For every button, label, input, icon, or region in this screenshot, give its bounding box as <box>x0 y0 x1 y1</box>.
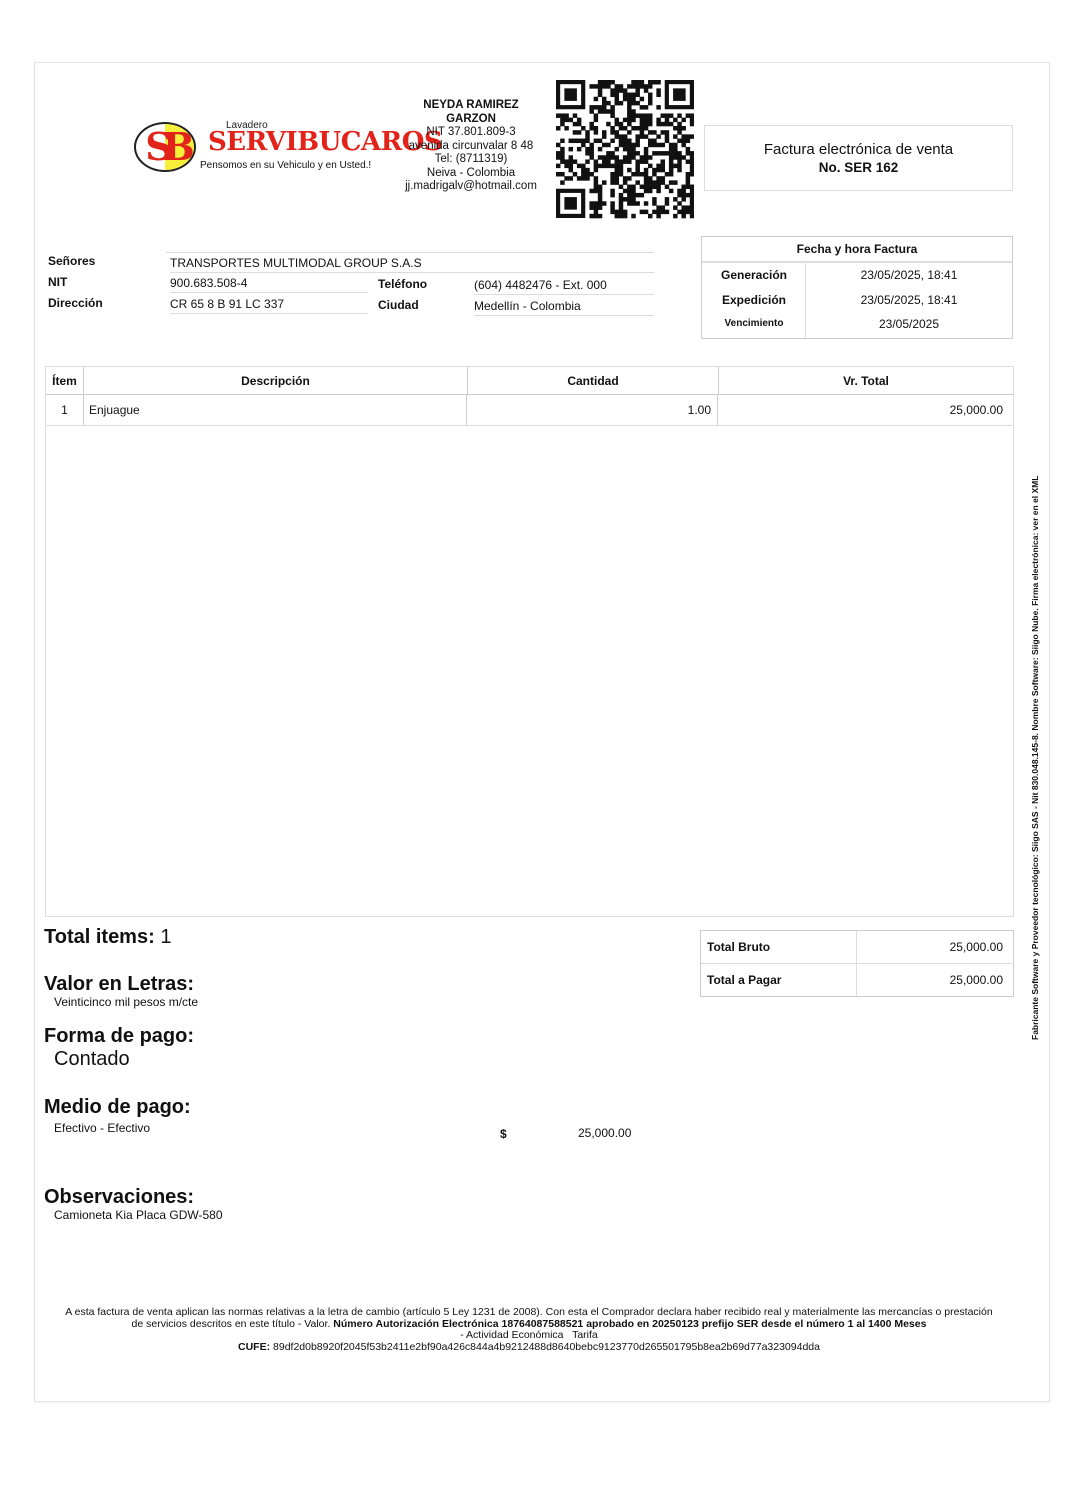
invoice-number: No. SER 162 <box>705 160 1012 175</box>
payment-method-value: Efectivo - Efectivo <box>54 1121 191 1135</box>
issuer-nit: NIT 37.801.809-3 <box>396 126 546 140</box>
client-address-label: Dirección <box>48 296 103 310</box>
client-phone: (604) 4482476 - Ext. 000 <box>474 278 654 295</box>
issuer-city: Neiva - Colombia <box>396 167 546 181</box>
amount-in-words-label: Valor en Letras: <box>44 973 198 995</box>
items-table: Ítem Descripción Cantidad Vr. Total 1 En… <box>45 366 1014 917</box>
issuer-address: avenida circunvalar 8 48 <box>396 140 546 154</box>
qr-code-icon <box>556 80 694 220</box>
table-row: 1 Enjuague 1.00 25,000.00 <box>46 395 1013 426</box>
payment-method-label: Medio de pago: <box>44 1096 191 1118</box>
client-city-label: Ciudad <box>378 298 419 312</box>
total-payable-row: Total a Pagar 25,000.00 <box>701 964 1013 996</box>
total-gross-value: 25,000.00 <box>950 931 1003 963</box>
cell-quantity: 1.00 <box>468 395 718 425</box>
column-header-description: Descripción <box>84 367 468 394</box>
logo-brand-part1: Servi <box>208 127 297 157</box>
dates-header: Fecha y hora Factura <box>702 237 1012 263</box>
issuer-name-line1: NEYDA RAMIREZ <box>396 99 546 113</box>
legal-text: A esta factura de venta aplican las norm… <box>64 1307 994 1330</box>
observations-label: Observaciones: <box>44 1186 223 1208</box>
client-name-label: Señores <box>48 254 95 268</box>
authorization-text: Número Autorización Electrónica 18764087… <box>333 1318 926 1330</box>
cufe-label: CUFE: <box>238 1341 270 1353</box>
issuer-phone: Tel: (8711319) <box>396 153 546 167</box>
invoice-title: Factura electrónica de venta <box>705 141 1012 158</box>
date-row-due: Vencimiento 23/05/2025 <box>702 312 1012 336</box>
date-row-generation: Generación 23/05/2025, 18:41 <box>702 263 1012 287</box>
column-header-item: Ítem <box>46 367 84 394</box>
amount-in-words: Valor en Letras: Veinticinco mil pesos m… <box>44 973 198 1009</box>
date-value: 23/05/2025, 18:41 <box>806 263 1012 287</box>
cell-total: 25,000.00 <box>719 395 1013 425</box>
total-payable-value: 25,000.00 <box>950 964 1003 996</box>
date-label: Expedición <box>702 288 806 312</box>
total-payable-label: Total a Pagar <box>707 964 781 996</box>
legal-footer: A esta factura de venta aplican las norm… <box>64 1307 994 1353</box>
date-label: Vencimiento <box>702 312 806 336</box>
payment-form: Forma de pago: Contado <box>44 1025 194 1071</box>
total-items: Total items: 1 <box>44 926 171 948</box>
client-phone-label: Teléfono <box>378 277 427 291</box>
total-gross-label: Total Bruto <box>707 931 770 963</box>
date-value: 23/05/2025, 18:41 <box>806 288 1012 312</box>
logo-slogan: Pensomos en su Vehiculo y en Usted.! <box>200 160 371 171</box>
client-name: TRANSPORTES MULTIMODAL GROUP S.A.S <box>170 256 654 273</box>
total-items-label: Total items: <box>44 926 155 948</box>
client-info: Señores TRANSPORTES MULTIMODAL GROUP S.A… <box>46 252 656 318</box>
date-row-expedition: Expedición 23/05/2025, 18:41 <box>702 288 1012 312</box>
observations-value: Camioneta Kia Placa GDW-580 <box>54 1208 223 1222</box>
issuer-name-line2: GARZON <box>396 113 546 127</box>
column-header-quantity: Cantidad <box>468 367 719 394</box>
payment-form-label: Forma de pago: <box>44 1025 194 1047</box>
client-nit-label: NIT <box>48 275 67 289</box>
observations: Observaciones: Camioneta Kia Placa GDW-5… <box>44 1186 223 1222</box>
payment-method: Medio de pago: Efectivo - Efectivo <box>44 1096 191 1135</box>
company-logo: SB Lavadero ServiBucaros Pensomos en su … <box>134 120 384 180</box>
table-header: Ítem Descripción Cantidad Vr. Total <box>46 367 1013 395</box>
totals-box: Total Bruto 25,000.00 Total a Pagar 25,0… <box>700 930 1014 997</box>
software-provider-note: Fabricante Software y Proveedor tecnológ… <box>1030 476 1040 1040</box>
invoice-title-box: Factura electrónica de venta No. SER 162 <box>704 125 1013 191</box>
cell-description: Enjuague <box>84 395 467 425</box>
cufe: CUFE: 89df2d0b8920f2045f53b2411e2bf90a42… <box>64 1342 994 1354</box>
date-label: Generación <box>702 263 806 287</box>
issuer-info: NEYDA RAMIREZ GARZON NIT 37.801.809-3 av… <box>396 99 546 194</box>
logo-emblem-icon: SB <box>134 122 196 172</box>
total-items-value: 1 <box>160 926 171 948</box>
payment-form-value: Contado <box>54 1047 194 1071</box>
cell-item: 1 <box>46 395 84 425</box>
amount-in-words-value: Veinticinco mil pesos m/cte <box>54 995 198 1009</box>
client-nit: 900.683.508-4 <box>170 276 368 293</box>
cufe-value: 89df2d0b8920f2045f53b2411e2bf90a426c844a… <box>273 1341 820 1353</box>
date-value: 23/05/2025 <box>806 312 1012 336</box>
client-city: Medellín - Colombia <box>474 299 654 316</box>
invoice-dates: Fecha y hora Factura Generación 23/05/20… <box>701 236 1013 339</box>
issuer-email: jj.madrigalv@hotmail.com <box>396 180 546 194</box>
column-header-total: Vr. Total <box>719 367 1013 394</box>
total-gross-row: Total Bruto 25,000.00 <box>701 931 1013 964</box>
client-address: CR 65 8 B 91 LC 337 <box>170 297 368 314</box>
payment-amount: 25,000.00 <box>578 1126 631 1140</box>
payment-currency: $ <box>500 1127 507 1141</box>
